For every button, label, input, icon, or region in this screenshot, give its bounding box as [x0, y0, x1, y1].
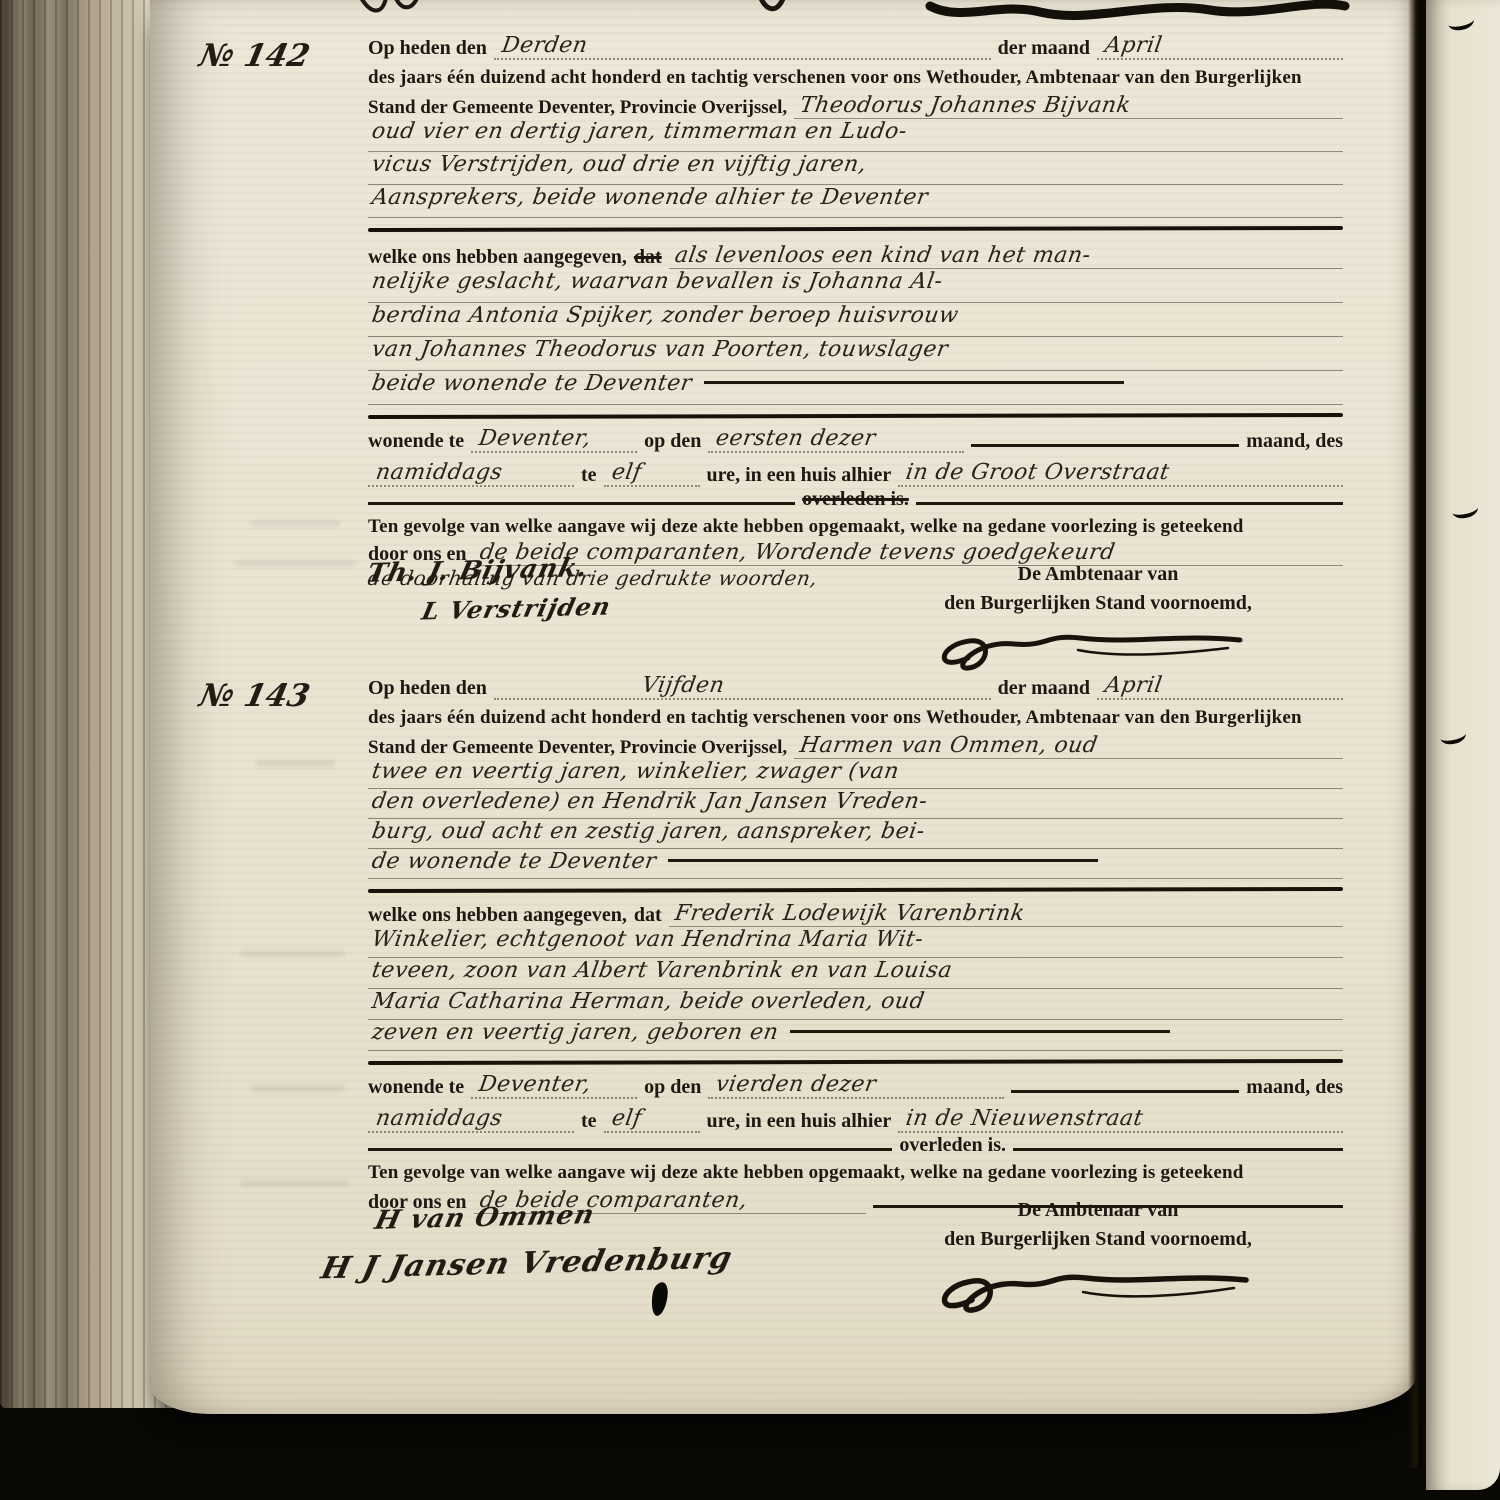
form-label-ure: ure, in een huis alhier: [707, 1110, 892, 1133]
form-label-maand-des: maand, des: [1246, 430, 1343, 453]
official-title-line2: den Burgerlijken Stand voornoemd,: [913, 1225, 1283, 1254]
hour-blank: elf: [604, 1106, 700, 1133]
section-rule: [368, 413, 1343, 419]
death-record-act-142: № 142 Op heden den Derden der maand Apri…: [368, 28, 1343, 672]
form-body-line2: Stand der Gemeente Deventer, Provincie O…: [368, 97, 787, 119]
bleed-through-text: [255, 760, 335, 767]
filler-rule: [368, 1148, 892, 1151]
closing-line1: Ten gevolge van welke aangave wij deze a…: [368, 1157, 1343, 1184]
written-daypart: namiddags: [374, 1106, 504, 1131]
bleed-through-text: [240, 950, 345, 957]
written-house: in de Nieuwenstraat: [904, 1106, 1145, 1131]
written-hour: elf: [610, 1106, 644, 1131]
form-body-line1: des jaars één duizend acht honderd en ta…: [368, 60, 1343, 89]
form-body-line2: Stand der Gemeente Deventer, Provincie O…: [368, 737, 787, 759]
written-line: nelijke geslacht, waarvan bevallen is Jo…: [368, 269, 1343, 303]
official-block: De Ambtenaar van den Burgerlijken Stand …: [913, 560, 1283, 681]
section-rule: [368, 226, 1343, 232]
date-line: Op heden den Vijfden der maand April: [368, 668, 1343, 700]
overleden-line: overleden is.: [368, 1133, 1343, 1157]
written-declaration: Frederik Lodewijk Varenbrink: [673, 901, 1027, 926]
page-gutter-shadow: [1408, 0, 1428, 1468]
bleed-through-text: [250, 1085, 345, 1092]
written-line: burg, oud acht en zestig jaren, aansprek…: [368, 819, 1343, 849]
deathday-blank: eersten dezer: [708, 426, 964, 453]
written-house: in de Groot Overstraat: [904, 460, 1171, 485]
written-text: burg, oud acht en zestig jaren, aansprek…: [370, 819, 927, 844]
official-signature: [928, 1256, 1268, 1326]
bleed-through-text: [235, 560, 355, 567]
deathday-blank: vierden dezer: [708, 1072, 1004, 1099]
form-label-op-den: op den: [644, 430, 701, 453]
written-line: twee en veertig jaren, winkelier, zwager…: [368, 759, 1343, 789]
filler-rule: [1011, 1090, 1239, 1093]
declaration-blank: als levenloos een kind van het man-: [669, 243, 1343, 269]
residence-line: wonende te Deventer, op den vierden deze…: [368, 1069, 1343, 1099]
form-label-op-heden-den: Op heden den: [368, 677, 487, 700]
day-blank: Derden: [494, 33, 991, 60]
written-line: de wonende te Deventer: [368, 849, 1343, 879]
residence-line: wonende te Deventer, op den eersten deze…: [368, 423, 1343, 453]
written-text: oud vier en dertig jaren, timmerman en L…: [370, 119, 909, 144]
written-text: Winkelier, echtgenoot van Hendrina Maria…: [370, 927, 925, 952]
written-text: berdina Antonia Spijker, zonder beroep h…: [370, 303, 960, 328]
written-text: den overledene) en Hendrik Jan Jansen Vr…: [370, 789, 929, 814]
official-title-line1: De Ambtenaar van: [913, 560, 1283, 589]
form-body-line2-row: Stand der Gemeente Deventer, Provincie O…: [368, 89, 1343, 119]
act-number: № 143: [196, 678, 313, 714]
form-label-op-heden-den: Op heden den: [368, 37, 487, 60]
written-day: Derden: [500, 33, 589, 58]
official-title-line1: De Ambtenaar van: [913, 1196, 1283, 1225]
form-label-overleden-is: overleden is.: [899, 1134, 1006, 1157]
form-label-aangegeven: welke ons hebben aangegeven,: [368, 904, 627, 927]
comparanten-blank: Harmen van Ommen, oud: [794, 733, 1343, 759]
form-label-ure: ure, in een huis alhier: [707, 464, 892, 487]
written-month: April: [1103, 33, 1164, 58]
written-text: Maria Catharina Herman, beide overleden,…: [370, 989, 926, 1014]
register-book-photo: { "form": { "op_heden_den": "Op heden de…: [0, 0, 1500, 1500]
written-line: van Johannes Theodorus van Poorten, touw…: [368, 337, 1343, 371]
hour-blank: elf: [604, 460, 700, 487]
declarant-signature: H J Jansen Vredenburg: [318, 1241, 736, 1287]
time-house-line: namiddags te elf ure, in een huis alhier…: [368, 1099, 1343, 1133]
written-line: vicus Verstrijden, oud drie en vijftig j…: [368, 152, 1343, 185]
written-text: vicus Verstrijden, oud drie en vijftig j…: [370, 152, 868, 177]
residence-blank: Deventer,: [471, 1072, 637, 1099]
daypart-blank: namiddags: [368, 1106, 574, 1133]
bleed-through-text: [250, 520, 340, 527]
form-label-dat: dat: [634, 904, 662, 927]
filler-rule: [916, 502, 1343, 505]
house-blank: in de Groot Overstraat: [898, 460, 1343, 487]
written-text: nelijke geslacht, waarvan bevallen is Jo…: [370, 269, 944, 294]
written-line: zeven en veertig jaren, geboren en: [368, 1020, 1343, 1051]
written-line: Maria Catharina Herman, beide overleden,…: [368, 989, 1343, 1020]
form-label-op-den: op den: [644, 1076, 701, 1099]
written-text: beide wonende te Deventer: [370, 371, 694, 396]
declarant-signature: H van Ommen: [372, 1200, 598, 1236]
official-title-line2: den Burgerlijken Stand voornoemd,: [913, 589, 1283, 618]
house-blank: in de Nieuwenstraat: [898, 1106, 1343, 1133]
form-label-wonende-te: wonende te: [368, 430, 464, 453]
form-label-aangegeven: welke ons hebben aangegeven,: [368, 246, 627, 269]
written-day: Vijfden: [640, 673, 726, 698]
written-text: de wonende te Deventer: [370, 849, 658, 874]
official-block: De Ambtenaar van den Burgerlijken Stand …: [913, 1196, 1283, 1331]
written-month: April: [1103, 673, 1164, 698]
filler-rule: [368, 502, 795, 505]
written-hour: elf: [610, 460, 644, 485]
closing-line1: Ten gevolge van welke aangave wij deze a…: [368, 511, 1343, 538]
struck-word-dat: dat: [634, 246, 662, 269]
form-label-der-maand: der maand: [998, 37, 1090, 60]
day-blank: Vijfden: [494, 673, 991, 700]
filler-rule: [971, 444, 1239, 447]
written-line: den overledene) en Hendrik Jan Jansen Vr…: [368, 789, 1343, 819]
overleden-line: overleden is.: [368, 487, 1343, 511]
declarant-signature: L Verstrijden: [419, 592, 614, 626]
form-body-line2-row: Stand der Gemeente Deventer, Provincie O…: [368, 729, 1343, 759]
written-deathday: eersten dezer: [714, 426, 878, 451]
death-record-act-143: № 143 Op heden den Vijfden der maand Apr…: [368, 668, 1343, 1348]
month-blank: April: [1097, 33, 1343, 60]
form-body-line1: des jaars één duizend acht honderd en ta…: [368, 700, 1343, 729]
written-residence: Deventer,: [477, 1072, 593, 1097]
written-line: berdina Antonia Spijker, zonder beroep h…: [368, 303, 1343, 337]
filler-rule: [1013, 1148, 1343, 1151]
act-number: № 142: [196, 38, 313, 74]
written-comparanten: Theodorus Johannes Bijvank: [798, 93, 1132, 118]
written-text: van Johannes Theodorus van Poorten, touw…: [370, 337, 950, 362]
written-text: twee en veertig jaren, winkelier, zwager…: [370, 759, 901, 784]
form-label-maand-des: maand, des: [1246, 1076, 1343, 1099]
written-line: beide wonende te Deventer: [368, 371, 1343, 405]
page-top-cutoff-writing: [0, 0, 1500, 30]
declarant-signature: Th. J. Bijvank.: [364, 553, 591, 589]
written-text: zeven en veertig jaren, geboren en: [370, 1020, 780, 1045]
date-line: Op heden den Derden der maand April: [368, 28, 1343, 60]
written-declaration: als levenloos een kind van het man-: [673, 243, 1093, 268]
declaration-line: welke ons hebben aangegeven, dat als lev…: [368, 236, 1343, 269]
daypart-blank: namiddags: [368, 460, 574, 487]
written-line: Aansprekers, beide wonende alhier te Dev…: [368, 185, 1343, 218]
written-residence: Deventer,: [477, 426, 593, 451]
time-house-line: namiddags te elf ure, in een huis alhier…: [368, 453, 1343, 487]
form-label-te: te: [581, 464, 597, 487]
section-rule: [368, 1059, 1343, 1065]
form-label-wonende-te: wonende te: [368, 1076, 464, 1099]
written-deathday: vierden dezer: [714, 1072, 878, 1097]
bleed-through-text: [240, 1180, 350, 1187]
written-daypart: namiddags: [374, 460, 504, 485]
section-rule: [368, 887, 1343, 893]
form-label-der-maand: der maand: [998, 677, 1090, 700]
declaration-line: welke ons hebben aangegeven, dat Frederi…: [368, 897, 1343, 927]
written-text: Aansprekers, beide wonende alhier te Dev…: [370, 185, 930, 210]
written-comparanten: Harmen van Ommen, oud: [798, 733, 1099, 758]
facing-page-edge: [1426, 0, 1500, 1490]
month-blank: April: [1097, 673, 1343, 700]
written-text: teveen, zoon van Albert Varenbrink en va…: [370, 958, 954, 983]
written-line: Winkelier, echtgenoot van Hendrina Maria…: [368, 927, 1343, 958]
declaration-blank: Frederik Lodewijk Varenbrink: [669, 901, 1343, 927]
written-line: teveen, zoon van Albert Varenbrink en va…: [368, 958, 1343, 989]
form-label-te: te: [581, 1110, 597, 1133]
written-line: oud vier en dertig jaren, timmerman en L…: [368, 119, 1343, 152]
struck-overleden-is: overleden is.: [802, 488, 909, 511]
residence-blank: Deventer,: [471, 426, 637, 453]
comparanten-blank: Theodorus Johannes Bijvank: [794, 93, 1343, 119]
